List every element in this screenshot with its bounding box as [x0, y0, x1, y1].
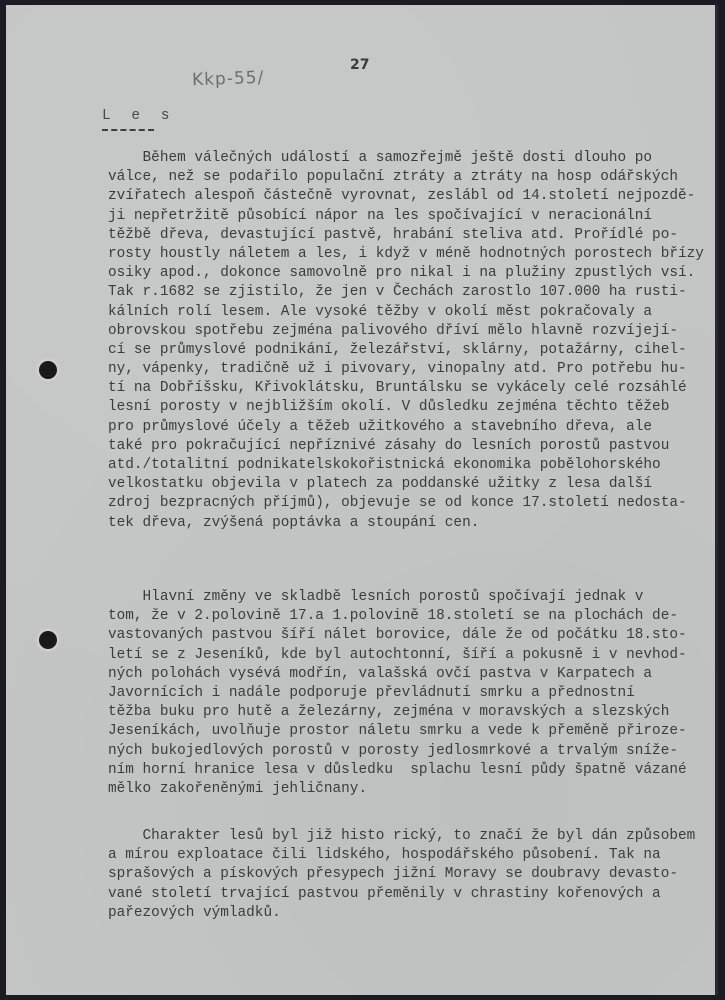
- text-line: mělko zakořeněnými jehličnany.: [108, 780, 708, 799]
- section-title: L e s: [102, 108, 176, 124]
- document-page: 27 Kkp-55/ L e s Během válečných událost…: [6, 5, 718, 995]
- text-line: také pro pokračující nepříznivé zásahy d…: [108, 437, 708, 456]
- text-line: Hlavní změny ve skladbě lesních porostů …: [108, 588, 708, 607]
- text-line: a mírou exploatace čili lidského, hospod…: [108, 846, 708, 865]
- text-line: těžbě dřeva, devastující pastvě, hrabání…: [108, 226, 708, 245]
- text-line: válce, než se podařilo populační ztráty …: [108, 168, 708, 187]
- text-line: atd./totalitní podnikatelskokořistnická …: [108, 456, 708, 475]
- text-line: Tak r.1682 se zjistilo, že jen v Čechách…: [108, 283, 708, 302]
- handwritten-reference: Kkp-55/: [192, 68, 265, 91]
- page-edge: [715, 5, 718, 995]
- text-line: sprašových a pískových přesypech jižní M…: [108, 865, 708, 884]
- text-line: Během válečných událostí a samozřejmě je…: [108, 149, 708, 168]
- text-line: pro průmyslové účely a těžeb užitkového …: [108, 418, 708, 437]
- text-line: pařezových výmladků.: [108, 904, 708, 923]
- punch-hole-top: [39, 361, 57, 379]
- text-line: kálních rolí lesem. Ale vysoké těžby v o…: [108, 303, 708, 322]
- text-line: Charakter lesů byl již histo rický, to z…: [108, 827, 708, 846]
- text-line: velkostatku objevila v platech za poddan…: [108, 475, 708, 494]
- text-line: ji nepřetržitě působící nápor na les spo…: [108, 207, 708, 226]
- text-line: lesní porosty v nejbližším okolí. V důsl…: [108, 398, 708, 417]
- text-line: ných bukojedlových porostů v porosty jed…: [108, 742, 708, 761]
- text-line: cí se průmyslové podnikání, železářství,…: [108, 341, 708, 360]
- text-line: osiky apod., dokonce samovolně pro nikal…: [108, 264, 708, 283]
- text-line: těžba buku pro hutě a železárny, zejména…: [108, 703, 708, 722]
- section-title-underline: [102, 129, 154, 133]
- text-line: ním horní hranice lesa v důsledku splach…: [108, 761, 708, 780]
- text-line: ných polohách vysévá modřín, valašská ov…: [108, 665, 708, 684]
- text-line: Javornících i nadále podporuje převládnu…: [108, 684, 708, 703]
- text-line: vané století trvající pastvou přeměnily …: [108, 885, 708, 904]
- paragraph-1: Během válečných událostí a samozřejmě je…: [108, 149, 708, 533]
- page-number: 27: [350, 57, 369, 73]
- punch-hole-bottom: [39, 631, 57, 649]
- text-line: obrovskou spotřebu zejména palivového dř…: [108, 322, 708, 341]
- text-line: rosty houstly náletem a les, i když v mé…: [108, 245, 708, 264]
- text-line: tek dřeva, zvýšená poptávka a stoupání c…: [108, 514, 708, 533]
- text-line: tom, že v 2.polovině 17.a 1.polovině 18.…: [108, 607, 708, 626]
- text-line: letí se z Jeseníků, kde byl autochtonní,…: [108, 646, 708, 665]
- text-line: Jeseníkách, uvolňuje prostor náletu smrk…: [108, 722, 708, 741]
- text-line: vastovaných pastvou šíří nálet borovice,…: [108, 626, 708, 645]
- paragraph-2: Hlavní změny ve skladbě lesních porostů …: [108, 588, 708, 799]
- text-line: ny, vápenky, tradičně už i pivovary, vin…: [108, 360, 708, 379]
- text-line: zdroj bezpracných příjmů), objevuje se o…: [108, 494, 708, 513]
- paragraph-3: Charakter lesů byl již histo rický, to z…: [108, 827, 708, 923]
- text-line: tí na Dobříšsku, Křivoklátsku, Bruntálsk…: [108, 379, 708, 398]
- text-line: zvířatech alespoň částečně vyrovnat, zes…: [108, 187, 708, 206]
